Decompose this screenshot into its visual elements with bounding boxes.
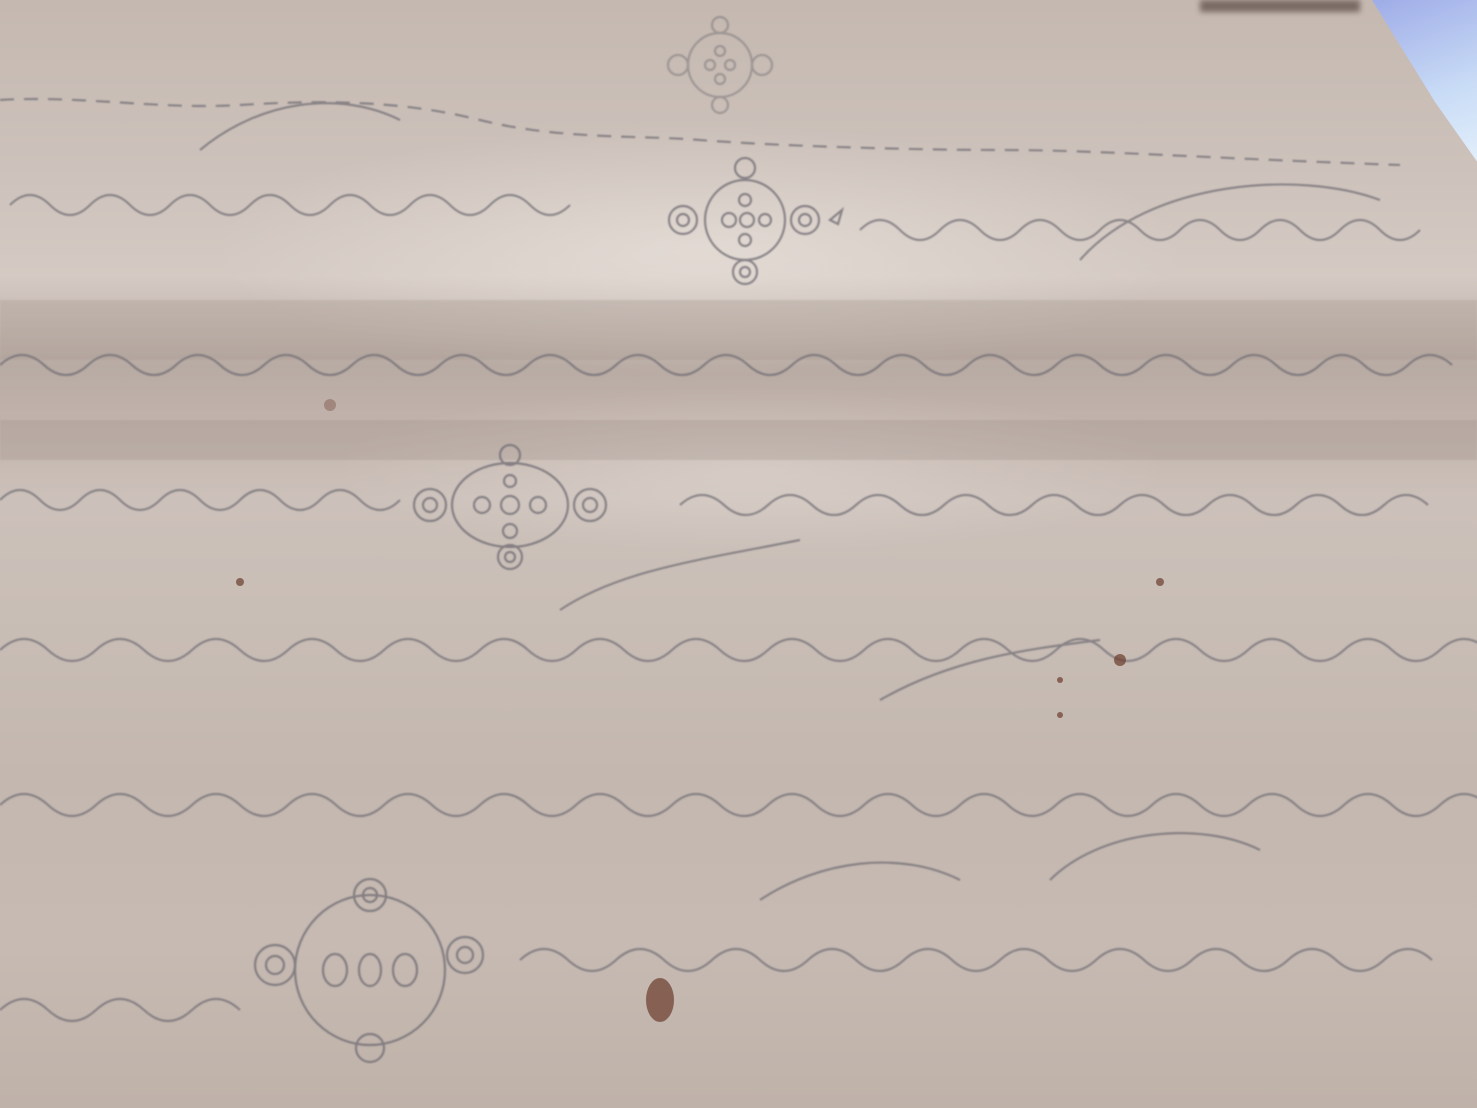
fold-shadow <box>0 300 1477 360</box>
fold-shadow <box>0 420 1477 460</box>
rosette-ornament-icon <box>668 17 772 113</box>
star-mark-icon <box>830 210 842 224</box>
rosette-ornament-icon <box>255 879 483 1062</box>
stains <box>236 399 1164 1022</box>
rosette-ornament-icon <box>414 445 606 569</box>
rosette-ornament-icon <box>669 158 819 284</box>
manuscript-photo <box>0 0 1477 1108</box>
manuscript-drawing <box>0 0 1477 1108</box>
